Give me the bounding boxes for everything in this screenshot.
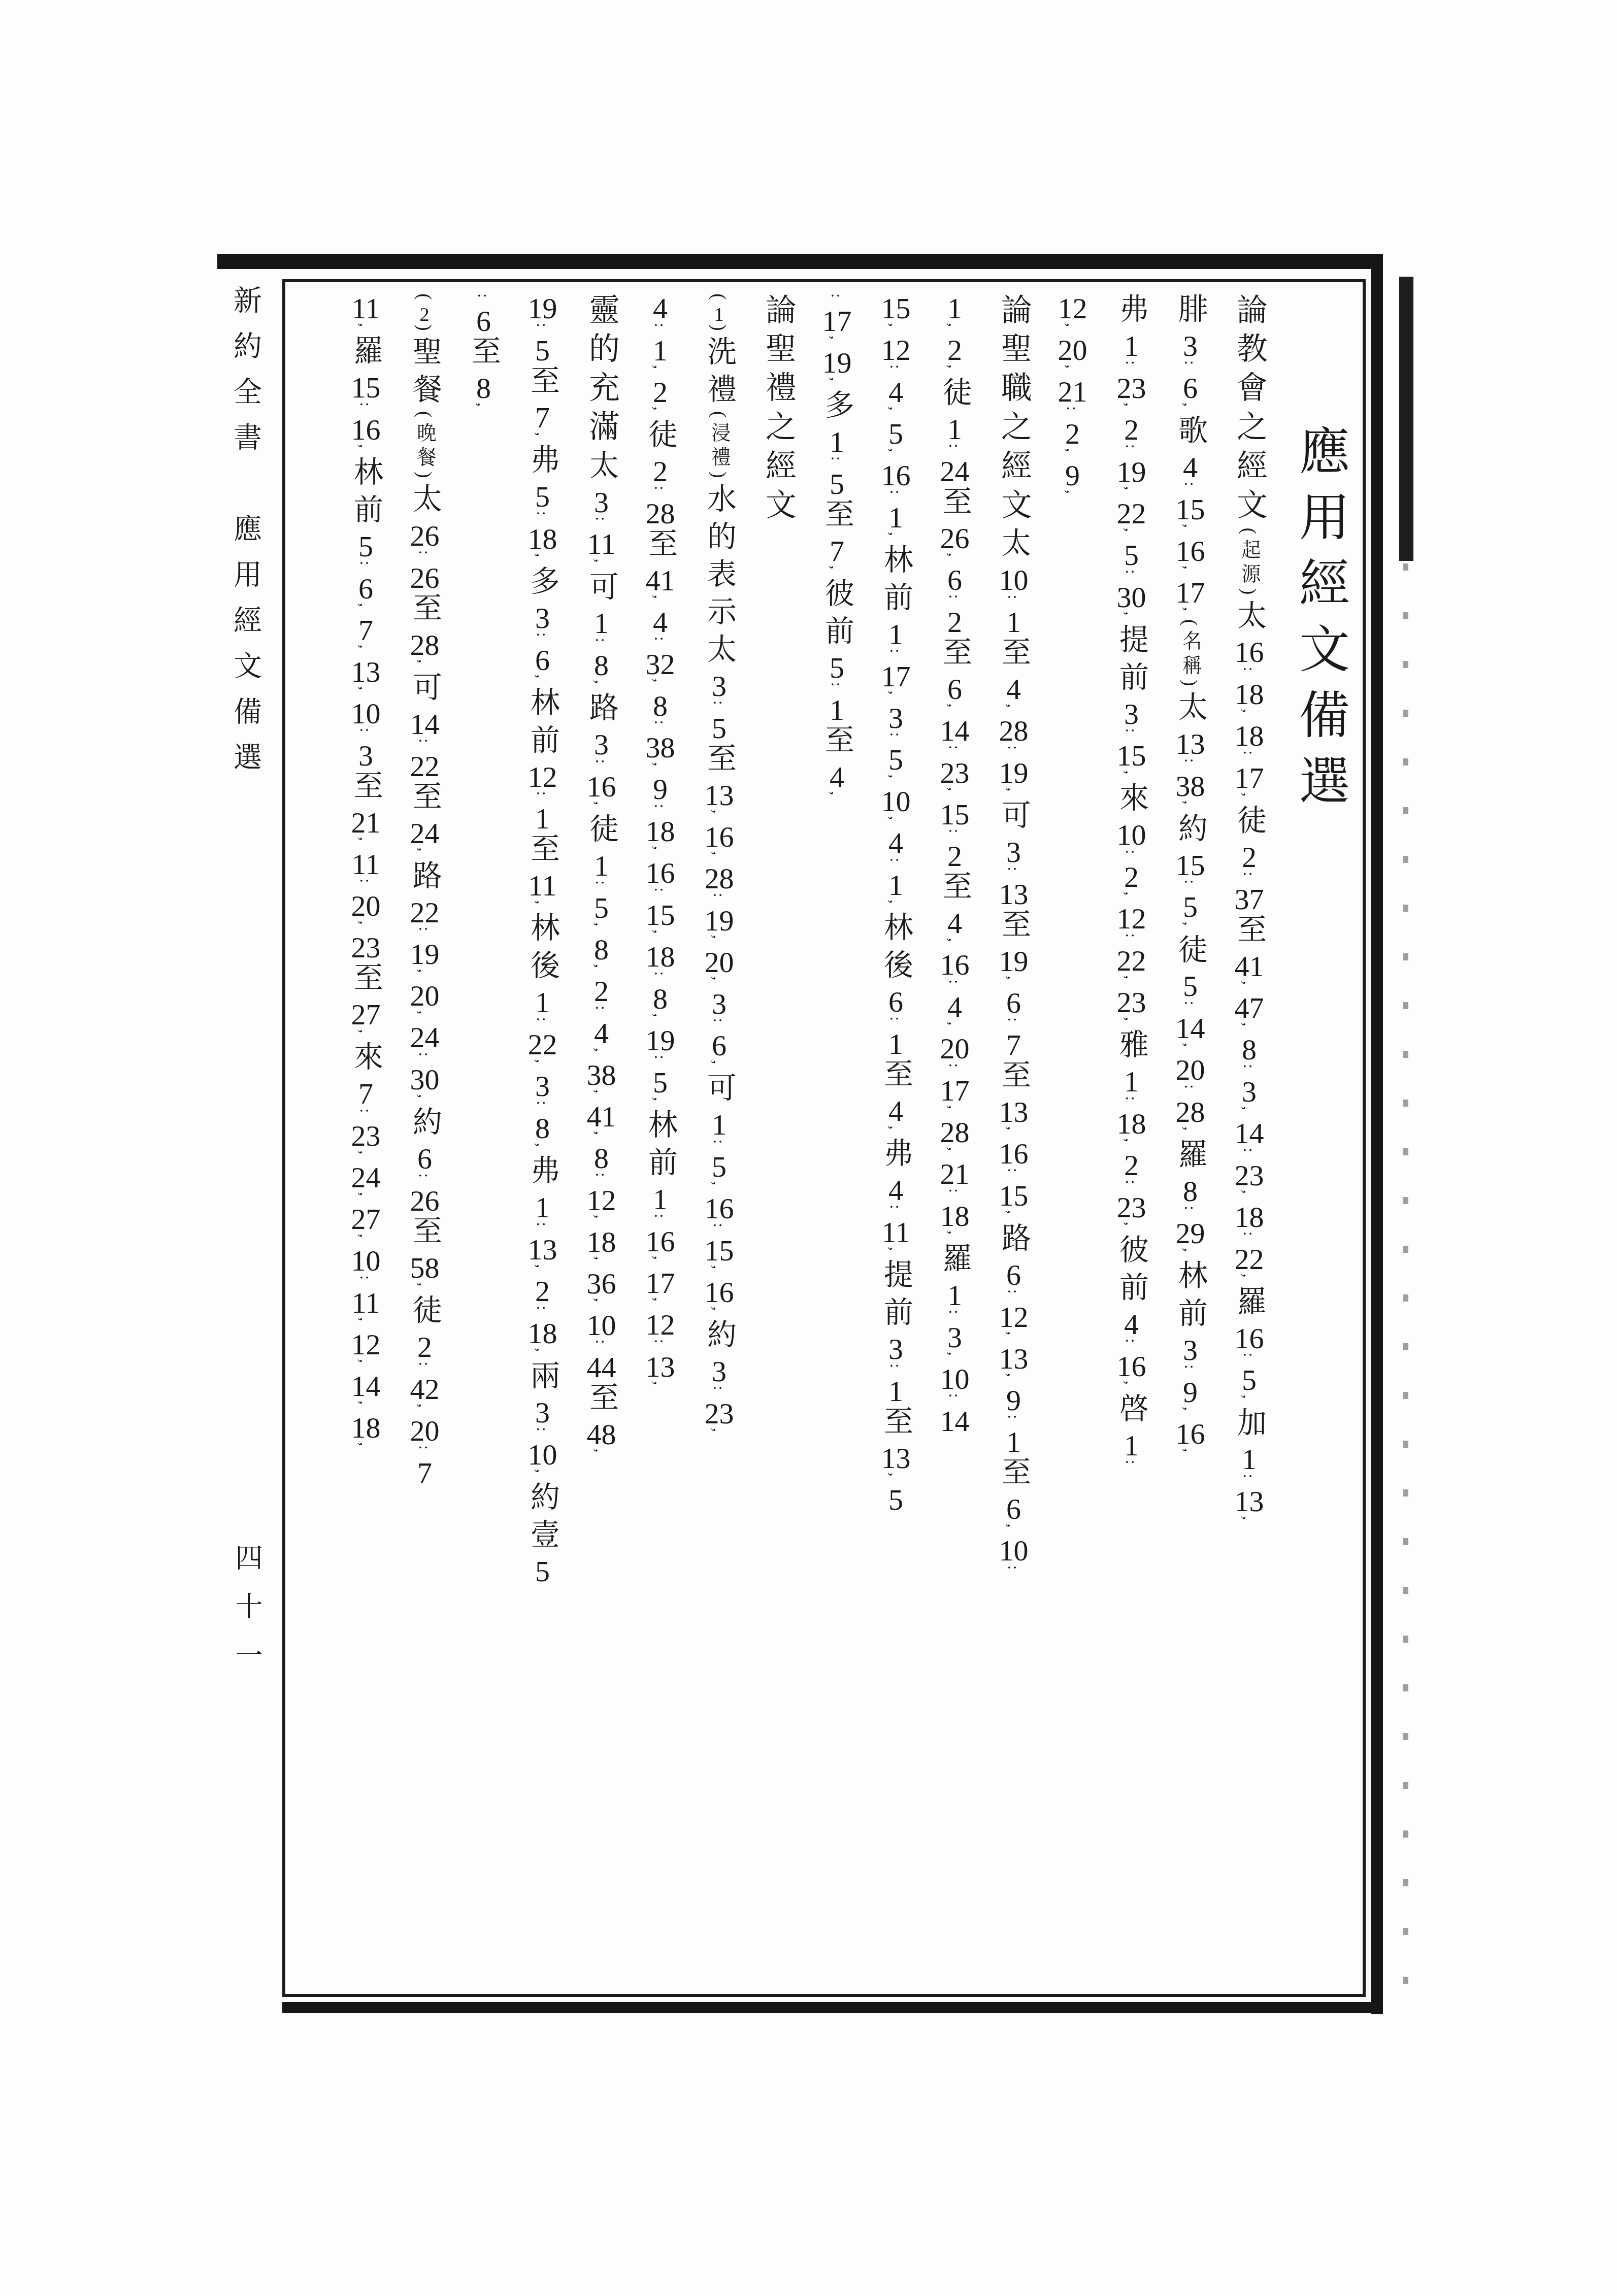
- punctuation: :: [1240, 1474, 1258, 1486]
- punctuation: :: [357, 402, 375, 415]
- verse-number: 3: [526, 1071, 559, 1101]
- verse-number: 15: [1174, 494, 1207, 524]
- punctuation: ,: [357, 603, 375, 615]
- verse-number: 5: [820, 469, 853, 498]
- verse-number: 20: [408, 1416, 441, 1445]
- verse-number: 16: [644, 858, 677, 887]
- verse-number: 10: [349, 698, 382, 728]
- verse-number: 5: [1174, 971, 1207, 1001]
- verse-number: 29: [1174, 1218, 1207, 1248]
- verse-number: 10: [1115, 820, 1148, 849]
- text-column-2: 腓3:6,歌4:15,16,17,(名稱)太13:38,約15:5,徒5:14,…: [1161, 293, 1219, 1987]
- punctuation: ,: [710, 810, 728, 822]
- punctuation: :: [946, 1310, 964, 1322]
- verse-number: 13: [879, 1443, 912, 1473]
- text-column-8: :17,19,多1:5至7,彼前5:1至4,: [807, 293, 866, 1987]
- verse-number: 5: [644, 1068, 677, 1097]
- verse-number: 4: [1115, 1309, 1148, 1339]
- verse-number: 4: [585, 1018, 618, 1048]
- punctuation: ,: [1181, 1248, 1199, 1260]
- verse-number: 42: [408, 1374, 441, 1404]
- punctuation: ,: [592, 1298, 610, 1310]
- punctuation: :: [1181, 482, 1199, 494]
- verse-number: 18: [1115, 1109, 1148, 1138]
- verse-number: 5: [820, 653, 853, 682]
- punctuation: :: [416, 550, 434, 563]
- punctuation: :: [710, 1223, 728, 1236]
- punctuation: ,: [416, 1404, 434, 1416]
- verse-number: 28: [703, 863, 736, 893]
- punctuation: :: [534, 633, 551, 645]
- punctuation: :: [1005, 1017, 1022, 1030]
- verse-number: 6: [1174, 373, 1207, 403]
- punctuation: ,: [828, 565, 846, 578]
- punctuation: ,: [1240, 1394, 1258, 1407]
- punctuation: ,: [1064, 490, 1081, 502]
- verse-number: 12: [879, 335, 912, 364]
- verse-number: 17: [938, 1076, 971, 1105]
- verse-number: 16: [703, 1193, 736, 1223]
- punctuation: :: [1123, 1096, 1140, 1109]
- punctuation: ,: [1181, 1448, 1199, 1460]
- verse-number: 5: [526, 482, 559, 511]
- verse-number: 18: [526, 1318, 559, 1348]
- punctuation: ,: [416, 1010, 434, 1022]
- verse-number: 2: [1115, 1150, 1148, 1180]
- punctuation: ,: [710, 1181, 728, 1193]
- punctuation: ,: [1240, 1274, 1258, 1286]
- verse-number: 6: [526, 645, 559, 675]
- verse-number: 5: [526, 336, 559, 365]
- verse-number: 7: [997, 1030, 1030, 1059]
- punctuation: ,: [828, 336, 846, 348]
- scanned-book-page: 應用經文備選論教會之經文(起源)太16:18,18:17,徒2:37至41,47…: [0, 0, 1617, 2296]
- punctuation: :: [1005, 867, 1022, 879]
- punctuation: :: [1240, 1148, 1258, 1160]
- verse-number: 1: [997, 1427, 1030, 1456]
- verse-number: 22: [1115, 946, 1148, 975]
- verse-number: 6: [938, 565, 971, 594]
- verse-number: 6: [703, 1030, 736, 1060]
- punctuation: ,: [887, 407, 905, 419]
- punctuation: ,: [1240, 1190, 1258, 1202]
- punctuation: :: [416, 1361, 434, 1374]
- punctuation: ,: [1123, 528, 1140, 540]
- text-column-10: (1)洗禮(浸禮)水的表示太3:5至13,16,28:19,20,3:6,可1:…: [689, 293, 748, 1987]
- punctuation: ,: [357, 1442, 375, 1454]
- punctuation: :: [1123, 570, 1140, 582]
- verse-number: 38: [644, 733, 677, 762]
- verse-number: 28: [644, 498, 677, 528]
- punctuation: ,: [1005, 1210, 1022, 1222]
- verse-number: 1: [879, 619, 912, 649]
- punctuation: :: [946, 979, 964, 992]
- punctuation: ,: [946, 364, 964, 377]
- punctuation: ,: [1181, 565, 1199, 578]
- punctuation: ,: [651, 846, 669, 858]
- verse-number: 2: [1115, 862, 1148, 891]
- verse-number: 3: [1233, 1077, 1266, 1106]
- punctuation: :: [946, 1393, 964, 1406]
- verse-number: 7: [526, 403, 559, 432]
- punctuation: ,: [357, 1359, 375, 1371]
- punctuation: :: [651, 971, 669, 984]
- punctuation: ,: [710, 1428, 728, 1440]
- page-number: 四十一: [227, 1543, 267, 1689]
- verse-number: 16: [703, 822, 736, 851]
- verse-number: 22: [526, 1029, 559, 1059]
- verse-number: 27: [349, 1000, 382, 1029]
- punctuation: ,: [592, 558, 610, 571]
- text-column-1: 論教會之經文(起源)太16:18,18:17,徒2:37至41,47,8:3,1…: [1219, 293, 1278, 1987]
- verse-number: 11: [526, 871, 559, 900]
- verse-number: 8: [526, 1113, 559, 1143]
- punctuation: :: [887, 733, 905, 745]
- punctuation: ,: [1240, 1022, 1258, 1035]
- punctuation: :: [1005, 1415, 1022, 1427]
- punctuation: ,: [1005, 976, 1022, 988]
- verse-number: 13: [997, 879, 1030, 909]
- scripture-columns: 應用經文備選論教會之經文(起源)太16:18,18:17,徒2:37至41,47…: [299, 293, 1361, 1987]
- verse-number: 19: [997, 946, 1030, 976]
- verse-number: 26: [938, 523, 971, 553]
- punctuation: ,: [357, 1029, 375, 1041]
- verse-number: 48: [585, 1419, 618, 1449]
- punctuation: ,: [828, 377, 846, 389]
- punctuation: ,: [1123, 1222, 1140, 1234]
- verse-number: 18: [1233, 1202, 1266, 1232]
- verse-number: 13: [1233, 1486, 1266, 1516]
- punctuation: :: [534, 323, 551, 336]
- verse-number: 2: [414, 305, 435, 324]
- punctuation: ,: [710, 851, 728, 863]
- punctuation: :: [534, 1306, 551, 1318]
- verse-number: 3: [879, 1334, 912, 1363]
- punctuation: ,: [828, 791, 846, 804]
- punctuation: :: [710, 1386, 728, 1399]
- punctuation: ,: [887, 816, 905, 828]
- punctuation: :: [1181, 1001, 1199, 1013]
- verse-number: 2: [1056, 419, 1089, 448]
- verse-number: 13: [997, 1344, 1030, 1373]
- verse-number: 1: [1115, 1430, 1148, 1460]
- punctuation: :: [357, 1275, 375, 1288]
- punctuation: :: [1123, 1180, 1140, 1192]
- verse-number: 21: [938, 1159, 971, 1188]
- inline-annotation: (起源): [1238, 527, 1260, 600]
- right-border-rule: [1371, 254, 1383, 2014]
- verse-number: 22: [408, 897, 441, 927]
- punctuation: ,: [416, 1282, 434, 1294]
- verse-number: 23: [703, 1399, 736, 1428]
- text-column-5: 論聖職之經文太10:1至4,28:19,可3:13至19,6:7至13,16:1…: [984, 293, 1043, 1987]
- punctuation: ,: [1181, 524, 1199, 536]
- verse-number: 3: [526, 603, 559, 633]
- punctuation: :: [651, 887, 669, 900]
- punctuation: :: [887, 490, 905, 503]
- verse-number: 18: [585, 1227, 618, 1256]
- punctuation: :: [651, 1055, 669, 1068]
- verse-number: 2: [644, 377, 677, 407]
- verse-number: 3: [1174, 331, 1207, 360]
- verse-number: 24: [938, 456, 971, 486]
- punctuation: :: [887, 1016, 905, 1029]
- punctuation: ,: [651, 762, 669, 774]
- punctuation: ,: [1064, 323, 1081, 335]
- verse-number: 28: [1174, 1097, 1207, 1126]
- verse-number: 19: [644, 1025, 677, 1055]
- punctuation: ,: [1181, 801, 1199, 813]
- verse-number: 38: [585, 1060, 618, 1089]
- verse-number: 21: [349, 808, 382, 837]
- inline-annotation: (2): [414, 293, 435, 336]
- verse-number: 24: [408, 818, 441, 848]
- punctuation: :: [651, 637, 669, 649]
- verse-number: 9: [1174, 1377, 1207, 1407]
- verse-number: 19: [526, 293, 559, 323]
- verse-number: 1: [708, 305, 730, 324]
- punctuation: ,: [651, 679, 669, 691]
- punctuation: :: [1123, 360, 1140, 373]
- verse-number: 16: [1233, 1323, 1266, 1353]
- verse-number: 3: [938, 1322, 971, 1352]
- punctuation: :: [534, 1101, 551, 1113]
- punctuation: ,: [357, 1192, 375, 1204]
- verse-number: 20: [938, 1034, 971, 1063]
- verse-number: 15: [997, 1181, 1030, 1210]
- punctuation: ,: [1181, 1126, 1199, 1139]
- verse-number: 2: [1115, 415, 1148, 444]
- verse-number: 6: [997, 988, 1030, 1017]
- verse-number: 18: [644, 942, 677, 971]
- punctuation: ,: [592, 922, 610, 935]
- punctuation: :: [1240, 750, 1258, 763]
- punctuation: :: [416, 1445, 434, 1458]
- punctuation: ,: [357, 1401, 375, 1413]
- punctuation: ,: [592, 964, 610, 976]
- verse-number: 13: [1174, 729, 1207, 758]
- verse-number: 1: [644, 336, 677, 365]
- verse-number: 24: [349, 1162, 382, 1192]
- punctuation: ,: [1123, 486, 1140, 498]
- punctuation: :: [592, 1006, 610, 1018]
- verse-number: 18: [1233, 679, 1266, 709]
- inline-annotation: (名稱): [1179, 619, 1201, 691]
- punctuation: ,: [1123, 1381, 1140, 1393]
- verse-number: 16: [1174, 1419, 1207, 1448]
- verse-number: 26: [408, 563, 441, 592]
- punctuation: ,: [651, 1297, 669, 1310]
- verse-number: 23: [1233, 1160, 1266, 1190]
- punctuation: :: [946, 444, 964, 456]
- punctuation: ,: [357, 645, 375, 657]
- verse-number: 2: [1233, 842, 1266, 872]
- punctuation: :: [1181, 880, 1199, 892]
- punctuation: ,: [1123, 1017, 1140, 1029]
- inline-annotation: (浸禮): [708, 411, 730, 483]
- text-column-7: 15,12:4,5,16:1,林前1:17,3:5,10,4:1,林後6:1至4…: [866, 293, 925, 1987]
- verse-number: 6: [997, 1260, 1030, 1289]
- verse-number: 5: [1174, 892, 1207, 921]
- punctuation: :: [1123, 933, 1140, 946]
- punctuation: ,: [1240, 709, 1258, 721]
- inline-annotation: (晚餐): [414, 411, 435, 483]
- verse-number: 16: [879, 460, 912, 490]
- punctuation: ,: [887, 1125, 905, 1138]
- section-title: 靈的充滿: [584, 293, 618, 450]
- punctuation: ,: [592, 1256, 610, 1269]
- text-column-6: 1,2,徒1:24至26,6:2至6,14:23,15:2至4,16:4,20:…: [925, 293, 984, 1987]
- punctuation: ,: [416, 848, 434, 860]
- punctuation: ,: [710, 1307, 728, 1319]
- verse-number: 1: [703, 1110, 736, 1139]
- punctuation: ,: [946, 938, 964, 950]
- punctuation: ,: [534, 1059, 551, 1071]
- punctuation: ,: [534, 1348, 551, 1360]
- verse-number: 13: [526, 1235, 559, 1264]
- punctuation: ,: [1181, 1407, 1199, 1419]
- section-title: 論聖禮之經文: [761, 293, 795, 527]
- verse-number: 16: [703, 1277, 736, 1307]
- verse-number: 14: [1174, 1013, 1207, 1043]
- verse-number: 14: [938, 1406, 971, 1436]
- verse-number: 5: [703, 1152, 736, 1181]
- verse-number: 6: [408, 1144, 441, 1173]
- verse-number: 11: [585, 529, 618, 558]
- verse-number: 11: [879, 1217, 912, 1247]
- punctuation: :: [592, 517, 610, 529]
- punctuation: :: [534, 1017, 551, 1029]
- punctuation: ,: [416, 1094, 434, 1106]
- verse-number: 10: [997, 1536, 1030, 1565]
- verse-number: 15: [879, 293, 912, 323]
- verse-number: 6: [938, 674, 971, 704]
- punctuation: :: [475, 293, 492, 306]
- punctuation: ,: [534, 553, 551, 565]
- verse-number: 3: [997, 837, 1030, 867]
- verse-number: 14: [408, 709, 441, 739]
- verse-number: 1: [820, 427, 853, 456]
- verse-number: 17: [1233, 763, 1266, 792]
- verse-number: 19: [997, 758, 1030, 787]
- verse-number: 41: [585, 1102, 618, 1131]
- punctuation: ,: [946, 1147, 964, 1159]
- punctuation: ,: [357, 1150, 375, 1162]
- verse-number: 3: [526, 1397, 559, 1427]
- verse-number: 2: [938, 841, 971, 871]
- verse-number: 28: [997, 716, 1030, 745]
- verse-number: 3: [585, 729, 618, 759]
- punctuation: :: [592, 638, 610, 650]
- verse-number: 36: [585, 1269, 618, 1298]
- verse-number: 4: [938, 908, 971, 938]
- verse-number: 15: [1174, 850, 1207, 880]
- section-title: 論聖職之經文: [997, 293, 1031, 527]
- verse-number: 12: [1115, 904, 1148, 933]
- punctuation: ,: [416, 969, 434, 981]
- punctuation: :: [1240, 1353, 1258, 1366]
- verse-number: 13: [703, 780, 736, 810]
- punctuation: ,: [592, 1449, 610, 1461]
- top-border-rule: [217, 254, 1381, 269]
- punctuation: ,: [1181, 403, 1199, 415]
- verse-number: 3: [703, 989, 736, 1018]
- verse-number: 3: [349, 741, 382, 770]
- verse-number: 1: [526, 987, 559, 1017]
- punctuation: :: [592, 1340, 610, 1352]
- punctuation: :: [534, 1427, 551, 1440]
- verse-number: 41: [644, 565, 677, 595]
- punctuation: :: [1181, 1206, 1199, 1218]
- verse-number: 1: [879, 1029, 912, 1058]
- verse-number: 4: [997, 674, 1030, 704]
- punctuation: :: [1123, 849, 1140, 862]
- verse-number: 22: [408, 751, 441, 781]
- punctuation: :: [1123, 1460, 1140, 1473]
- verse-number: 17: [820, 306, 853, 336]
- verse-number: 26: [408, 1186, 441, 1215]
- verse-number: 8: [644, 691, 677, 720]
- verse-number: 13: [644, 1352, 677, 1381]
- verse-number: 6: [349, 574, 382, 603]
- punctuation: :: [1181, 758, 1199, 771]
- punctuation: ,: [887, 323, 905, 335]
- verse-number: 1: [644, 1184, 677, 1214]
- punctuation: ,: [710, 977, 728, 989]
- punctuation: :: [828, 293, 846, 306]
- verse-number: 11: [349, 293, 382, 323]
- punctuation: :: [887, 364, 905, 377]
- text-column-15: (2)聖餐(晚餐)太26:26至28,可14:22至24,路22:19,20,2…: [395, 293, 454, 1987]
- verse-number: 16: [938, 950, 971, 979]
- verse-number: 8: [467, 373, 500, 403]
- punctuation: :: [1240, 1232, 1258, 1244]
- verse-number: 4: [879, 1175, 912, 1205]
- punctuation: :: [592, 759, 610, 772]
- verse-number: 15: [644, 900, 677, 929]
- punctuation: :: [946, 1188, 964, 1201]
- punctuation: :: [534, 511, 551, 524]
- punctuation: :: [357, 728, 375, 741]
- punctuation: ,: [946, 787, 964, 800]
- verse-number: 12: [349, 1329, 382, 1359]
- punctuation: ,: [651, 407, 669, 419]
- verse-number: 26: [408, 521, 441, 550]
- verse-number: 6: [467, 306, 500, 336]
- verse-number: 20: [349, 891, 382, 920]
- punctuation: ,: [651, 1256, 669, 1268]
- verse-number: 20: [703, 947, 736, 977]
- verse-number: 5: [1233, 1365, 1266, 1394]
- punctuation: :: [1005, 594, 1022, 607]
- verse-number: 8: [585, 650, 618, 680]
- verse-number: 5: [879, 419, 912, 448]
- text-column-14: :6至8,: [454, 293, 513, 1987]
- verse-number: 1: [879, 503, 912, 532]
- verse-number: 10: [585, 1310, 618, 1340]
- punctuation: ,: [1005, 1126, 1022, 1139]
- punctuation: ,: [651, 1013, 669, 1025]
- punctuation: ,: [357, 920, 375, 933]
- punctuation: ,: [710, 1265, 728, 1277]
- punctuation: ,: [534, 1143, 551, 1155]
- verse-number: 4: [1174, 452, 1207, 482]
- verse-number: 7: [349, 615, 382, 645]
- verse-number: 7: [408, 1458, 441, 1487]
- verse-number: 16: [349, 415, 382, 444]
- verse-number: 4: [820, 762, 853, 791]
- verse-number: 38: [1174, 771, 1207, 801]
